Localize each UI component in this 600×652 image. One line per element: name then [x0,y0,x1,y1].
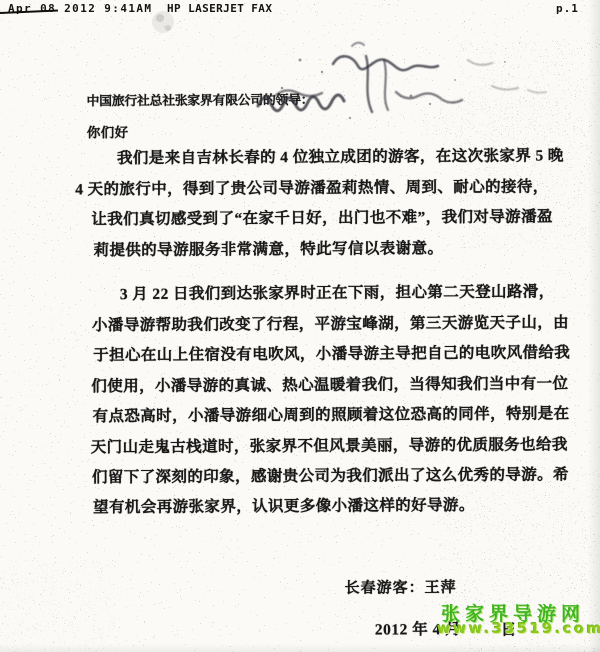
letter-line: 天门山走鬼古栈道时，张家界不但风景美丽，导游的优质服务也给我 [91,432,568,457]
letter-line: 我们是来自吉林长春的 4 位独立成团的游客，在这次张家界 5 晚 [117,143,564,168]
letter-body: 中国旅行社总社张家界有限公司的领导： 你们好 我们是来自吉林长春的 4 位独立成… [0,0,600,652]
scanned-fax-page: Apr 08 2012 9:41AM HP LASERJET FAX p.1 中… [0,0,600,652]
letter-line: 让我们真切感受到了“在家千日好，出门也不难”，我们对导游潘盈 [91,204,553,229]
letter-line: 望有机会再游张家界，认识更多像小潘这样的好导游。 [93,493,475,517]
letter-line: 莉提供的导游服务非常满意，特此写信以表谢意。 [93,236,443,260]
greeting: 你们好 [87,121,129,141]
letter-line: 于担心在山上住宿没有电吹风，小潘导游主导把自己的电吹风借给我 [93,340,570,365]
letter-line: 们留下了深刻的印象，感谢贵公司为我们派出了这么优秀的导游。希 [92,462,569,487]
letter-line: 4 天的旅行中，得到了贵公司导游潘盈莉热情、周到、耐心的接待， [75,174,549,199]
date-line: 2012 年 4 月 [375,617,462,640]
signature: 长春游客：王萍 [345,576,457,598]
letter-line: 小潘导游帮助我们改变了行程，平游宝峰湖，第三天游览天子山，由 [92,310,569,335]
letter-line: 有点恐高时，小潘导游细心周到的照顾着这位恐高的同伴，特别是在 [92,401,569,426]
letter-line: 3 月 22 日我们到达张家界时正在下雨，担心第二天登山路滑， [120,279,555,304]
salutation: 中国旅行社总社张家界有限公司的领导： [87,89,314,109]
letter-line: 们使用，小潘导游的真诚、热心温暖着我们，当得知我们当中有一位 [91,371,568,396]
date-suffix: 日 [501,618,517,640]
